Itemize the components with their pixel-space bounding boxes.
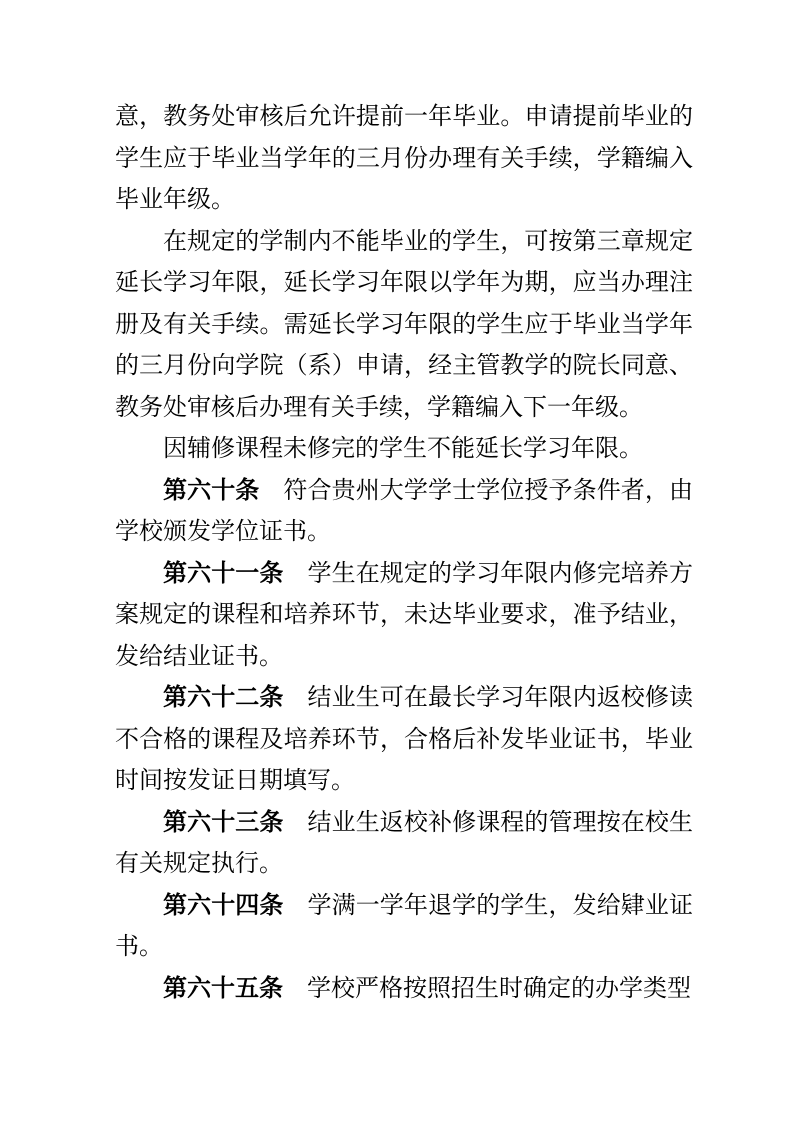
article-number-61: 第六十一条 <box>163 561 284 587</box>
paragraph-text: 因辅修课程未修完的学生不能延长学习年限。 <box>163 436 643 462</box>
paragraph: 第六十三条结业生返校补修课程的管理按在校生有关规定执行。 <box>115 803 693 886</box>
article-number-63: 第六十三条 <box>163 810 284 836</box>
document-page: 意，教务处审核后允许提前一年毕业。申请提前毕业的学生应于毕业当学年的三月份办理有… <box>0 0 794 1123</box>
document-text-block: 意，教务处审核后允许提前一年毕业。申请提前毕业的学生应于毕业当学年的三月份办理有… <box>115 97 693 1010</box>
article-number-60: 第六十条 <box>163 478 259 504</box>
paragraph: 第六十五条学校严格按照招生时确定的办学类型 <box>115 969 693 1011</box>
paragraph-text: 学校严格按照招生时确定的办学类型 <box>307 976 691 1002</box>
article-number-64: 第六十四条 <box>163 893 284 919</box>
paragraph: 第六十一条学生在规定的学习年限内修完培养方案规定的课程和培养环节，未达毕业要求，… <box>115 554 693 679</box>
article-number-65: 第六十五条 <box>163 976 283 1002</box>
paragraph: 第六十二条结业生可在最长学习年限内返校修读不合格的课程及培养环节，合格后补发毕业… <box>115 678 693 803</box>
paragraph-text: 在规定的学制内不能毕业的学生，可按第三章规定延长学习年限，延长学习年限以学年为期… <box>115 229 693 421</box>
paragraph: 在规定的学制内不能毕业的学生，可按第三章规定延长学习年限，延长学习年限以学年为期… <box>115 222 693 430</box>
article-number-62: 第六十二条 <box>163 685 284 711</box>
paragraph: 第六十条符合贵州大学学士学位授予条件者，由学校颁发学位证书。 <box>115 471 693 554</box>
paragraph-text: 意，教务处审核后允许提前一年毕业。申请提前毕业的学生应于毕业当学年的三月份办理有… <box>115 104 693 213</box>
paragraph: 因辅修课程未修完的学生不能延长学习年限。 <box>115 429 693 471</box>
paragraph: 意，教务处审核后允许提前一年毕业。申请提前毕业的学生应于毕业当学年的三月份办理有… <box>115 97 693 222</box>
paragraph: 第六十四条学满一学年退学的学生，发给肄业证书。 <box>115 886 693 969</box>
